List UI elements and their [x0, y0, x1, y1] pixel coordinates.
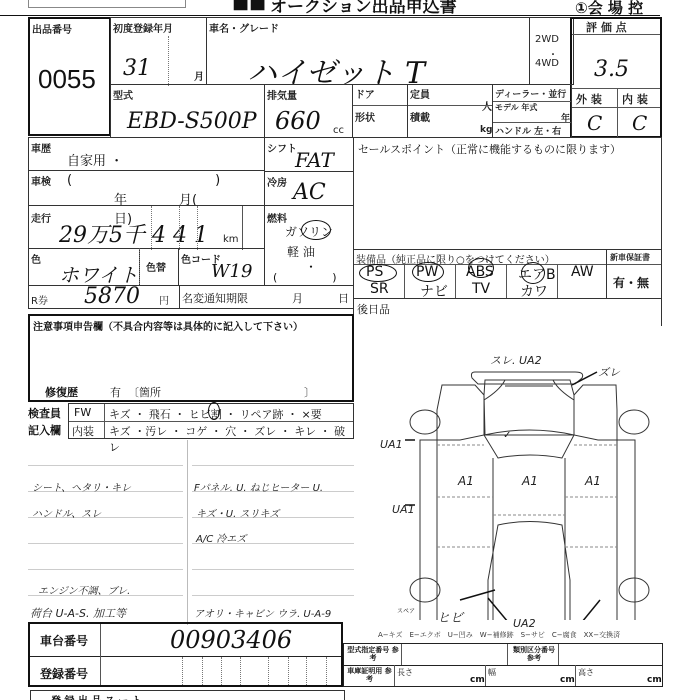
- notes-label: 注意事項申告欄（不具合内容等は具体的に記入して下さい）: [33, 318, 303, 333]
- header-boxes: [28, 0, 186, 8]
- inspection-label: 車検: [31, 173, 51, 188]
- circle-airbag: [521, 262, 545, 284]
- footer-box: 登 録 出 品 ス ー ト: [30, 690, 345, 700]
- footer-text: 登 録 出 品 ス ー ト: [51, 692, 142, 700]
- divider: [575, 665, 576, 686]
- chassis-box: 車台番号 00903406 登録番号: [28, 622, 343, 687]
- dealer-label: ディーラー・並行: [495, 87, 566, 100]
- lot-number: 0055: [38, 64, 96, 95]
- name-change-label: 名変通知期限: [182, 290, 248, 306]
- width-unit: cm: [560, 675, 575, 685]
- annot-top-bumper: スレ. UA2: [490, 352, 542, 368]
- lot-number-box: 出品番号 0055: [28, 17, 111, 136]
- note-line: [192, 569, 354, 570]
- ac-value: AC: [293, 180, 326, 205]
- divider: [179, 206, 180, 250]
- note-right-1: Fパネル. U. ねじヒーター U.: [194, 479, 323, 494]
- name-change-day: 日: [338, 290, 349, 306]
- interior-items-label: 内装: [72, 423, 94, 439]
- sales-point-label: セールスポイント（正常に機能するものに限ります）: [358, 141, 621, 157]
- divider: [151, 206, 152, 250]
- model-cell: 型式 EBD-S500P: [110, 84, 265, 138]
- model-year-label: モデル 年式: [495, 102, 537, 113]
- annot-top-right: ズレ: [598, 364, 620, 380]
- spec-table: 型式指定番号 参考 類別区分番号 参考 車庫証明用 参考 長さ cm 幅 cm …: [343, 643, 663, 687]
- divider: [394, 665, 395, 686]
- note-right-2: キズ・U. スリキズ: [196, 505, 279, 520]
- width-label: 幅: [488, 667, 496, 678]
- color-code-value: W19: [211, 261, 252, 282]
- logo: ■■: [232, 0, 266, 13]
- drive-4wd: 4WD: [535, 58, 559, 69]
- equip-tv: TV: [472, 281, 490, 297]
- warranty-value: 有・無: [613, 274, 649, 291]
- warranty-box: 新車保証書 有・無: [606, 249, 662, 299]
- annot-panel-center: A1: [522, 474, 538, 488]
- divider: [572, 107, 660, 108]
- divider: [404, 264, 405, 299]
- divider: [100, 624, 101, 685]
- recycle-unit: 円: [159, 292, 169, 307]
- circle-pw: [412, 262, 444, 282]
- divider: [168, 36, 169, 86]
- note-line: [192, 595, 354, 596]
- color-code-cell: 色コード W19: [178, 248, 265, 286]
- divider: [306, 657, 307, 685]
- note-left-6: 荷台 U-A-S. 加工等: [30, 605, 126, 621]
- circle-abs: [468, 258, 494, 278]
- divider: [182, 657, 183, 685]
- inspector-label-1: 検査員: [28, 405, 61, 421]
- drive-2wd: 2WD: [535, 34, 559, 45]
- note-left-2: ハンドル、スレ: [32, 505, 101, 520]
- first-reg-cell: 初度登録年月 31 月: [110, 17, 207, 85]
- car-name-label: 車名・グレード: [209, 20, 279, 35]
- class-label: 類別区分番号 参考: [510, 646, 558, 662]
- cert-label: 車庫証明用 参考: [347, 667, 392, 683]
- displacement-value: 660: [275, 107, 321, 135]
- interior-label: 内 装: [622, 91, 648, 107]
- chassis-value: 00903406: [170, 626, 292, 654]
- model-value: EBD-S500P: [127, 109, 257, 134]
- color-label: 色: [31, 251, 41, 266]
- inspector-label-2: 記入欄: [28, 422, 61, 438]
- inspector-table: FW キズ ・ 飛石 ・ ヒビ割 ・ リペア跡 ・ ×要 内装 キズ ・汚レ ・…: [68, 403, 354, 439]
- length-unit: cm: [470, 675, 485, 685]
- interior-value: C: [632, 111, 647, 135]
- shift-label: シフト: [267, 140, 297, 155]
- annot-bottom-left: ヒビ: [437, 607, 463, 626]
- first-reg-year: 31: [123, 56, 151, 81]
- capacity-label: 定員: [410, 86, 430, 101]
- annot-bottom-center: UA2: [513, 617, 536, 630]
- load-label: 積載: [410, 109, 430, 124]
- divider: [30, 656, 341, 657]
- history-label: 車歴: [31, 140, 51, 155]
- divider: [558, 644, 559, 665]
- exterior-label: 外 装: [576, 91, 602, 107]
- divider: [485, 665, 486, 686]
- later-items-box: 後日品: [353, 298, 662, 326]
- dealer-cell: ディーラー・並行 モデル 年式 年 ハンドル 左・右: [492, 84, 572, 138]
- divider: [240, 657, 241, 685]
- divider: [288, 657, 289, 685]
- color-cell: 色 ホワイト: [28, 248, 140, 286]
- interior-items: キズ ・汚レ ・ コゲ ・ 穴 ・ ズレ ・ キレ ・ 破レ: [109, 423, 353, 455]
- annot-check: ✓: [503, 430, 511, 441]
- annot-left-upper: UA1: [380, 438, 403, 451]
- note-line: [28, 465, 183, 466]
- divider: [197, 206, 198, 250]
- mileage-value: 29万5千 4 4 1: [59, 218, 208, 249]
- equip-aw: AW: [571, 264, 594, 280]
- reg-number-label: 登録番号: [40, 665, 88, 682]
- displacement-cell: 排気量 660 cc: [264, 84, 353, 138]
- history-cell: 車歴 自家用 ・( ): [28, 137, 265, 171]
- spare-label: スペア: [397, 606, 415, 615]
- annot-left-lower: UA1: [392, 503, 415, 516]
- door-label: ドア: [355, 86, 375, 101]
- note-left-1: シート、ヘタリ・キレ: [32, 479, 131, 494]
- name-change-cell: 名変通知期限 月 日: [179, 285, 354, 309]
- divider: [507, 644, 508, 665]
- divider: [455, 264, 456, 299]
- circle-ps: [359, 264, 397, 282]
- handle-label: ハンドル 左・右: [495, 124, 561, 137]
- exterior-value: C: [587, 111, 602, 135]
- recycle-label: R券: [31, 292, 48, 307]
- type-designation-label: 型式指定番号 参考: [347, 646, 399, 662]
- capacity-cell: 定員 人 積載 kg: [407, 84, 493, 138]
- repair-location: 〔箇所 〕: [128, 384, 315, 400]
- model-label: 型式: [113, 87, 133, 102]
- repair-value: 有: [110, 384, 121, 400]
- notes-box: 注意事項申告欄（不具合内容等は具体的に記入して下さい） 修復歴 有 〔箇所 〕: [28, 314, 354, 402]
- color-change-cell: 色替: [139, 248, 179, 286]
- divider: [326, 657, 327, 685]
- shape-label: 形状: [355, 109, 375, 124]
- divider: [493, 122, 571, 123]
- divider: [104, 404, 105, 438]
- height-unit: cm: [647, 675, 662, 685]
- score-box: 評 価 点 3.5 外 装 内 装 C C: [570, 17, 662, 138]
- displacement-unit: cc: [333, 125, 344, 136]
- divider: [408, 105, 492, 106]
- score-label: 評 価 点: [586, 19, 627, 35]
- divider: [353, 105, 407, 106]
- drive-cell: 2WD ・ 4WD: [529, 17, 574, 85]
- divider: [617, 88, 618, 138]
- divider: [572, 34, 660, 35]
- mileage-unit: km: [223, 234, 239, 245]
- note-line: [28, 543, 183, 544]
- chassis-label: 車台番号: [40, 632, 88, 649]
- divider: [344, 665, 662, 666]
- car-name-cell: 車名・グレード ハイゼット T: [206, 17, 530, 85]
- divider: [242, 206, 243, 250]
- color-change-label: 色替: [146, 259, 166, 274]
- note-right-3: A/C 冷エズ: [196, 530, 246, 545]
- load-unit: kg: [480, 125, 492, 135]
- notes-divider: [187, 440, 188, 625]
- inspection-cell: 車検 年 月( 日): [28, 170, 265, 206]
- divider: [202, 657, 203, 685]
- divider: [607, 264, 661, 265]
- ac-label: 冷房: [267, 174, 287, 189]
- door-shape-cell: ドア 形状: [352, 84, 408, 138]
- header-rule: [0, 15, 660, 16]
- sales-point-box: セールスポイント（正常に機能するものに限ります）: [353, 137, 662, 250]
- shift-value: FAT: [295, 148, 334, 172]
- divider: [506, 264, 507, 299]
- fuel-gas-circle: [301, 220, 331, 240]
- annot-panel-left: A1: [458, 474, 474, 488]
- fuel-label: 燃料: [267, 210, 287, 225]
- note-left-5: エンジン不調、ブレ.: [38, 582, 130, 597]
- divider: [221, 657, 222, 685]
- equip-sr: SR: [370, 281, 389, 297]
- displacement-label: 排気量: [267, 87, 297, 102]
- fuel-other: ( ): [273, 269, 337, 285]
- recycle-cell: R券 5870 円: [28, 285, 180, 309]
- damage-legend: A−キズ E−エクボ U−凹み W−補修跡 S−サビ C−腐食 XX−交換済: [378, 630, 620, 640]
- divider: [401, 644, 402, 665]
- first-reg-label: 初度登録年月: [113, 20, 173, 35]
- circle-crack: [208, 402, 220, 420]
- name-change-month: 月: [292, 290, 303, 306]
- equipment-box: 装備品（純正品に限り○をつけてください） PS PW ABS エアB AW SR…: [353, 249, 607, 299]
- mileage-label: 走行: [31, 210, 51, 225]
- annot-panel-right: A1: [585, 474, 601, 488]
- note-line: [192, 465, 354, 466]
- length-label: 長さ: [397, 667, 413, 678]
- later-items-label: 後日品: [357, 301, 390, 317]
- divider: [268, 657, 269, 685]
- divider: [557, 264, 558, 299]
- height-label: 高さ: [578, 667, 594, 678]
- warranty-label: 新車保証書: [610, 252, 650, 263]
- mileage-cell: 走行 29万5千 4 4 1 km: [28, 205, 265, 249]
- repair-label: 修復歴: [45, 384, 78, 400]
- ac-cell: 冷房 AC: [264, 171, 354, 206]
- score-value: 3.5: [594, 57, 629, 82]
- note-line: [28, 569, 183, 570]
- fw-label: FW: [74, 406, 91, 419]
- lot-number-label: 出品番号: [32, 21, 72, 36]
- shift-cell: シフト FAT: [264, 137, 354, 172]
- month-unit: 月: [194, 68, 204, 83]
- recycle-value: 5870: [84, 284, 140, 309]
- fuel-cell: 燃料 ガソリン 軽 油 ・ ( ): [264, 205, 354, 286]
- divider: [572, 88, 660, 89]
- note-right-6: アオリ・キャビン ウラ. U-A-9: [194, 605, 331, 620]
